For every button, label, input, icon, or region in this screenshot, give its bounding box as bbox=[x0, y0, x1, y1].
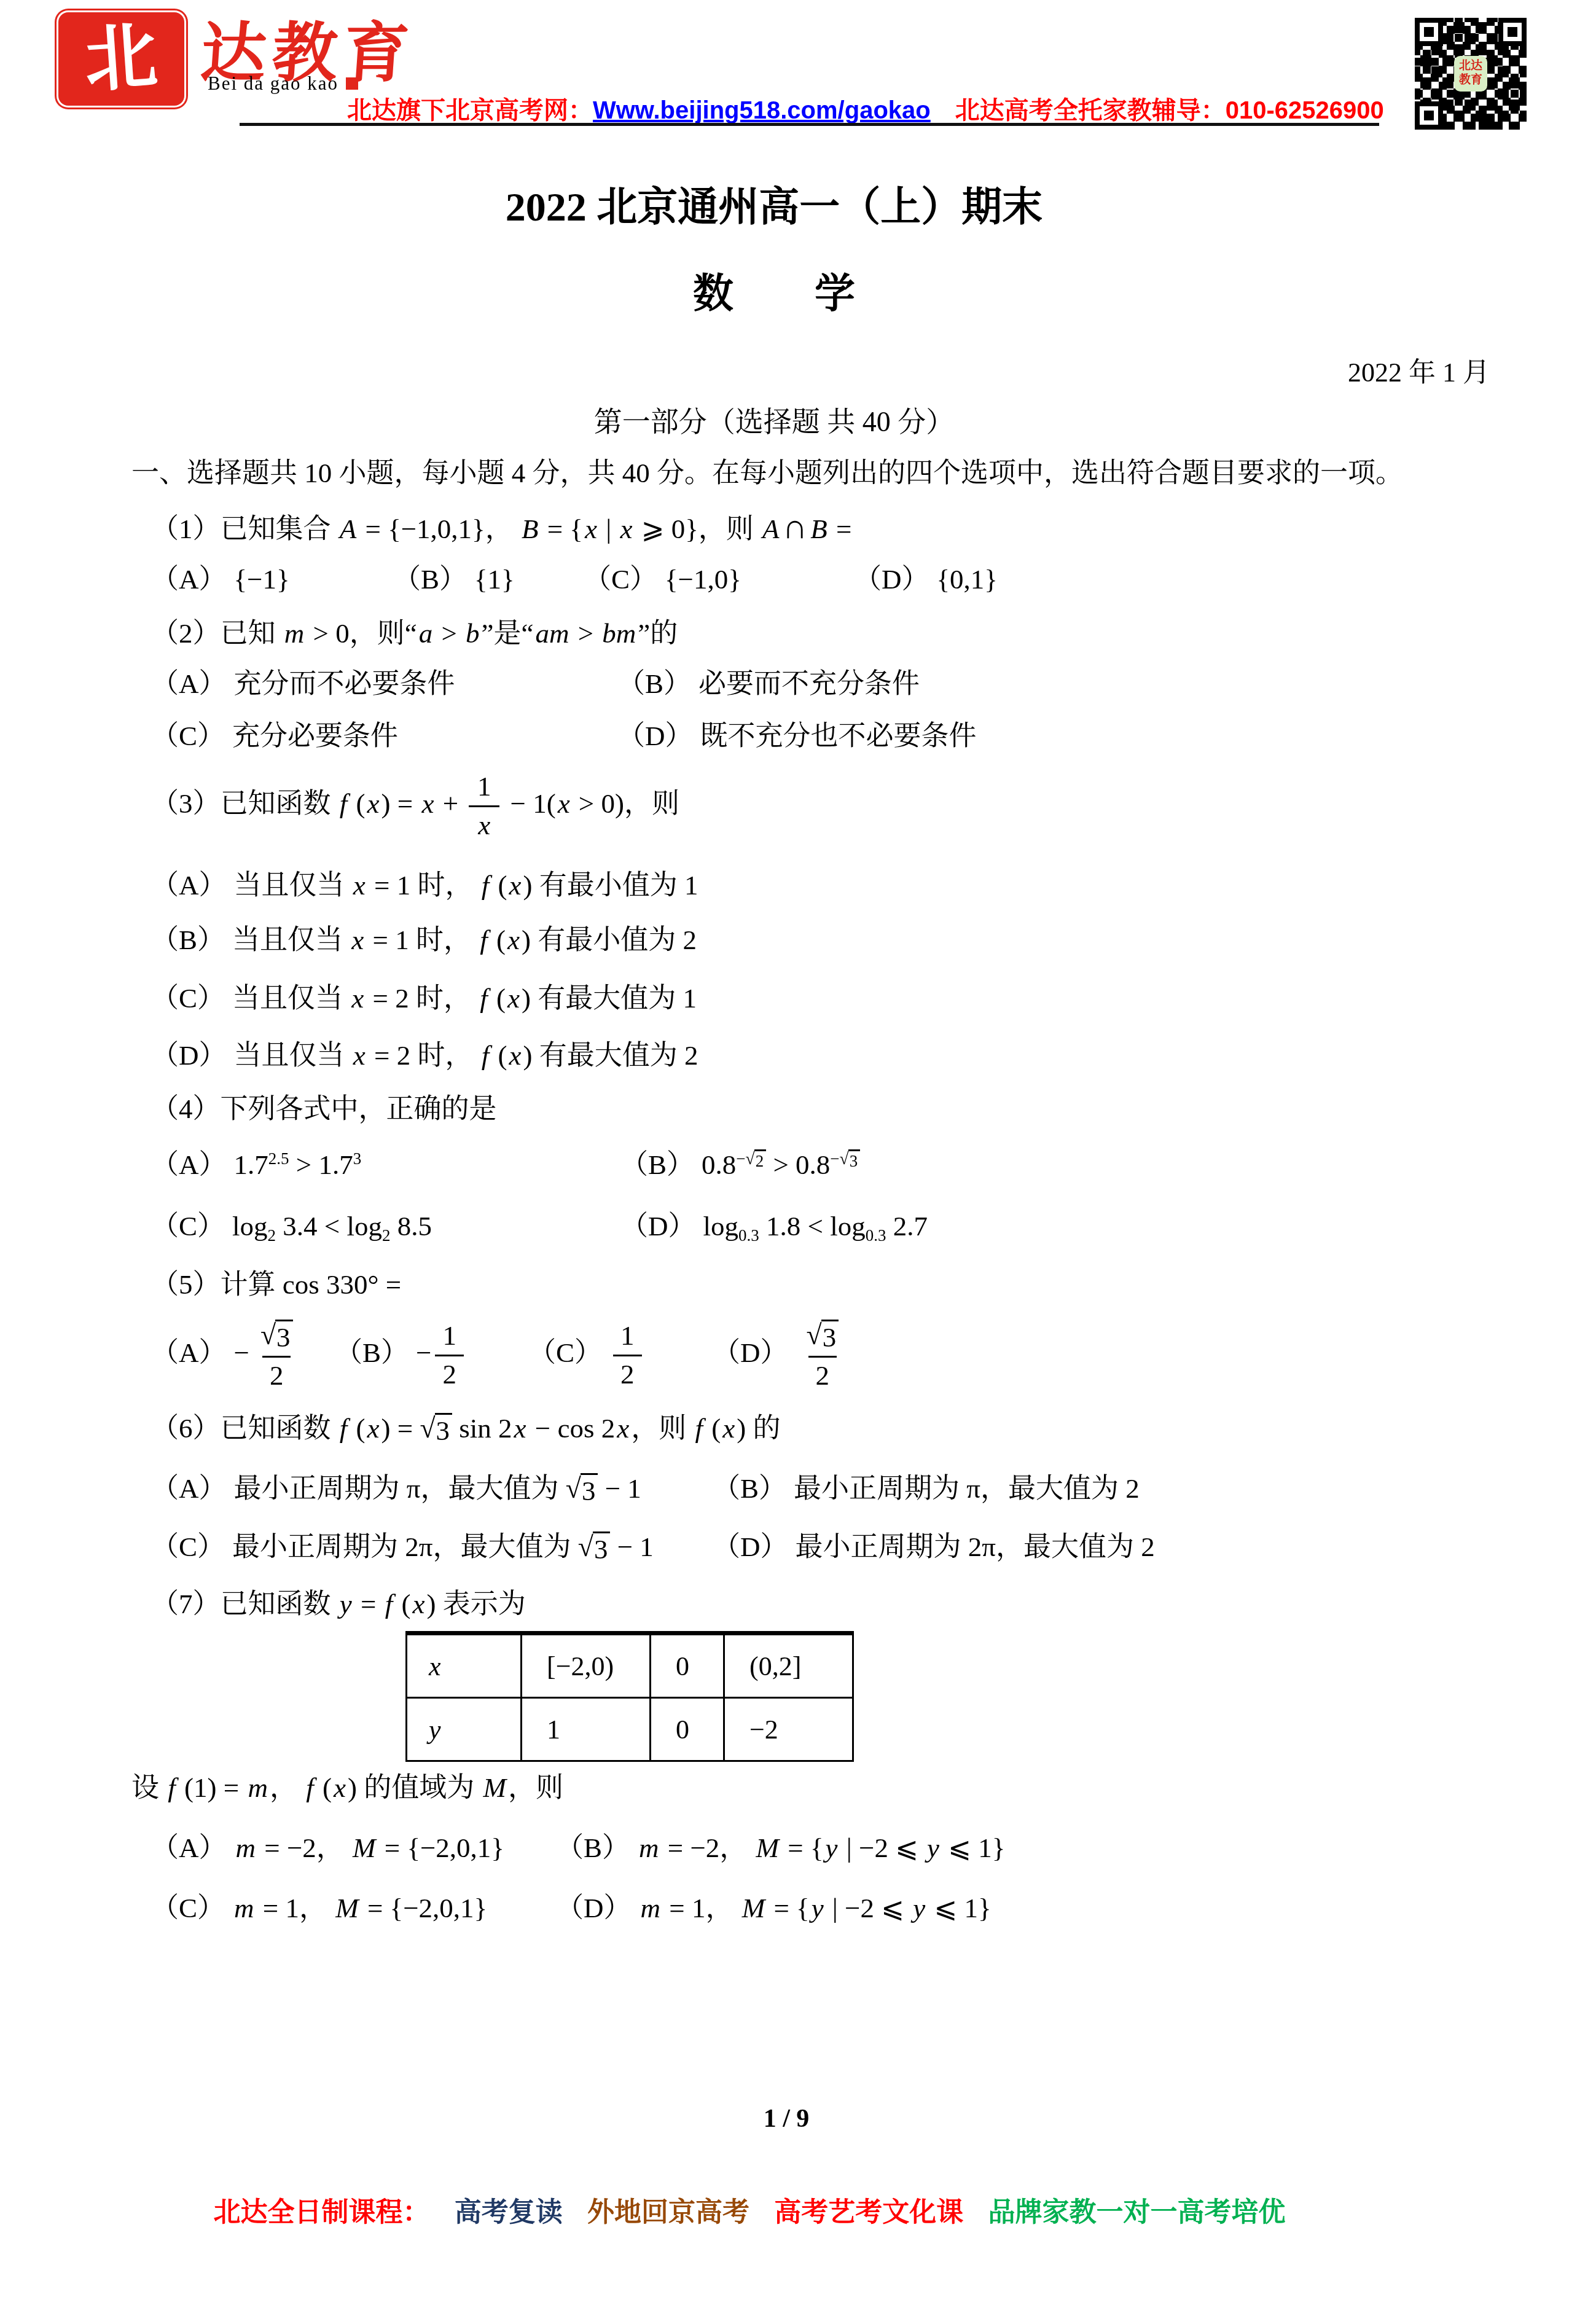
table-cell: −2 bbox=[723, 1699, 852, 1760]
q7-option-c: （C）m = 1， M = {−2,0,1} bbox=[151, 1891, 556, 1925]
option-label: （A） bbox=[151, 668, 227, 699]
header-rule bbox=[240, 123, 1379, 126]
option-content: m = 1， M = {y | −2 ⩽ y ⩽ 1} bbox=[639, 1893, 992, 1923]
question-5-stem: （5）计算 cos 330° = bbox=[151, 1267, 401, 1302]
question-4-options-row1: （A）1.72.5 > 1.73 （B）0.8−√2 > 0.8−√3 bbox=[151, 1148, 860, 1182]
promo-segment-courses: 北达全日制课程： bbox=[214, 2197, 430, 2228]
question-7-options-row1: （A）m = −2， M = {−2,0,1} （B）m = −2， M = {… bbox=[151, 1831, 1005, 1865]
option-content: 最小正周期为 2π，最大值为 2 bbox=[796, 1531, 1155, 1562]
qr-finder-topright-icon bbox=[1498, 18, 1527, 46]
option-label: （C） bbox=[151, 1211, 225, 1242]
q2-option-c: （C）充分必要条件 bbox=[151, 719, 617, 753]
option-content: 必要而不充分条件 bbox=[698, 668, 920, 699]
option-content: {−1} bbox=[234, 564, 290, 595]
question-4-options-row2: （C）log2 3.4 < log2 8.5 （D）log0.3 1.8 < l… bbox=[151, 1209, 928, 1243]
option-label: （A） bbox=[151, 1149, 227, 1180]
table-cell: (0,2] bbox=[723, 1635, 852, 1697]
option-label: （D） bbox=[854, 564, 929, 595]
qr-code: 北达 教育 bbox=[1412, 15, 1530, 133]
question-1-options: （A）{−1} （B）{1} （C）{−1,0} （D）{0,1} bbox=[151, 562, 998, 597]
option-label: （D） bbox=[151, 1040, 227, 1071]
qr-center-logo: 北达 教育 bbox=[1454, 56, 1487, 92]
table-cell: [−2,0) bbox=[520, 1635, 649, 1697]
q2-option-a: （A）充分而不必要条件 bbox=[151, 667, 617, 701]
info-suffix: 北达高考全托家教辅导：010-62526900 bbox=[931, 97, 1384, 124]
option-content: m = −2， M = {−2,0,1} bbox=[234, 1833, 504, 1863]
logo-pinyin: Bei da gao kao bbox=[208, 72, 338, 95]
q6-option-c: （C）最小正周期为 2π，最大值为 √3 − 1 bbox=[151, 1530, 713, 1565]
q1-option-c: （C）{−1,0} bbox=[584, 562, 854, 597]
q4-option-b: （B）0.8−√2 > 0.8−√3 bbox=[620, 1148, 860, 1182]
table-x-label: x bbox=[429, 1651, 441, 1682]
question-7-options-row2: （C）m = 1， M = {−2,0,1} （D）m = 1， M = {y … bbox=[151, 1891, 992, 1925]
option-label: （B） bbox=[620, 1149, 694, 1180]
option-content: 充分而不必要条件 bbox=[234, 668, 455, 699]
exam-paper-page: 北 达教育 Bei da gao kao 北达旗下北京高考网：Www.beiji… bbox=[0, 0, 1596, 2300]
promo-segment-yikao: 高考艺考文化课 bbox=[774, 2197, 963, 2228]
table-cell: x bbox=[407, 1635, 520, 1697]
page-number: 1 / 9 bbox=[0, 2104, 1573, 2134]
option-label: （D） bbox=[617, 721, 693, 751]
seal-character: 北 bbox=[83, 20, 160, 98]
question-1-stem: （1）已知集合 A = {−1,0,1}， B = {x | x ⩾ 0}，则 … bbox=[151, 510, 851, 546]
option-content: −12 bbox=[416, 1337, 467, 1368]
question-7-stem: （7）已知函数 y = f (x) 表示为 bbox=[151, 1587, 526, 1621]
question-6-options-row1: （A）最小正周期为 π，最大值为 √3 − 1 （B）最小正周期为 π，最大值为… bbox=[151, 1471, 1140, 1507]
q1-option-d: （D）{0,1} bbox=[854, 562, 998, 597]
subject-title: 数 学 bbox=[0, 260, 1548, 319]
q3-option-b: （B）当且仅当 x = 1 时， f (x) 有最小值为 2 bbox=[151, 923, 697, 957]
question-2-options-row1: （A）充分而不必要条件 （B）必要而不充分条件 bbox=[151, 667, 920, 701]
option-content: 既不充分也不必要条件 bbox=[700, 721, 977, 751]
option-content: 1.72.5 > 1.73 bbox=[234, 1149, 362, 1180]
qr-center-line1: 北达 bbox=[1459, 60, 1482, 74]
section-1-instructions: 一、选择题共 10 小题，每小题 4 分，共 40 分。在每小题列出的四个选项中… bbox=[131, 456, 1403, 490]
q3-option-c: （C）当且仅当 x = 2 时， f (x) 有最大值为 1 bbox=[151, 981, 697, 1015]
table-row-y: y 1 0 −2 bbox=[407, 1697, 852, 1760]
table-cell: 0 bbox=[649, 1635, 723, 1697]
option-label: （B） bbox=[151, 925, 225, 955]
option-content: 当且仅当 x = 1 时， f (x) 有最小值为 1 bbox=[234, 870, 698, 901]
q2-option-d: （D）既不充分也不必要条件 bbox=[617, 719, 977, 753]
q1-option-a: （A）{−1} bbox=[151, 562, 393, 597]
option-label: （A） bbox=[151, 564, 227, 595]
option-content: 当且仅当 x = 2 时， f (x) 有最大值为 1 bbox=[232, 983, 697, 1014]
option-content: {−1,0} bbox=[665, 564, 741, 595]
promo-segment-huijing: 外地回京高考 bbox=[587, 2197, 749, 2228]
info-prefix: 北达旗下北京高考网： bbox=[347, 97, 593, 124]
option-content: 当且仅当 x = 1 时， f (x) 有最小值为 2 bbox=[232, 925, 697, 955]
option-label: （A） bbox=[151, 1473, 227, 1504]
part-one-heading: 第一部分（选择题 共 40 分） bbox=[0, 399, 1548, 440]
question-2-options-row2: （C）充分必要条件 （D）既不充分也不必要条件 bbox=[151, 719, 977, 753]
option-content: 充分必要条件 bbox=[232, 721, 398, 751]
q7-option-d: （D）m = 1， M = {y | −2 ⩽ y ⩽ 1} bbox=[556, 1891, 992, 1925]
option-content: √32 bbox=[796, 1337, 850, 1368]
option-label: （B） bbox=[617, 668, 691, 699]
qr-finder-topleft-icon bbox=[1415, 18, 1443, 46]
q6-option-d: （D）最小正周期为 2π，最大值为 2 bbox=[713, 1530, 1155, 1564]
q2-option-b: （B）必要而不充分条件 bbox=[617, 667, 920, 701]
question-3-stem: （3）已知函数 f (x) = x + 1x − 1(x > 0)，则 bbox=[151, 771, 679, 842]
logo-pinyin-row: Bei da gao kao bbox=[208, 72, 358, 95]
option-label: （C） bbox=[151, 721, 225, 751]
beida-seal-icon: 北 bbox=[58, 12, 184, 106]
q4-option-c: （C）log2 3.4 < log2 8.5 bbox=[151, 1209, 620, 1243]
q3-option-d: （D）当且仅当 x = 2 时， f (x) 有最大值为 2 bbox=[151, 1038, 698, 1073]
option-label: （C） bbox=[151, 983, 225, 1014]
option-label: （A） bbox=[151, 1337, 227, 1368]
option-label: （D） bbox=[713, 1337, 788, 1368]
option-label: （C） bbox=[151, 1531, 225, 1562]
option-content: {1} bbox=[474, 564, 515, 595]
q7-function-table: x [−2,0) 0 (0,2] y 1 0 −2 bbox=[405, 1631, 854, 1762]
question-6-stem: （6）已知函数 f (x) = √3 sin 2x − cos 2x，则 f (… bbox=[151, 1411, 780, 1447]
exam-title: 2022 北京通州高一（上）期末 bbox=[0, 174, 1548, 232]
promo-segment-fudu: 高考复读 bbox=[455, 2197, 563, 2228]
header-info-line: 北达旗下北京高考网：Www.beijing518.com/gaokao 北达高考… bbox=[347, 91, 1384, 126]
option-label: （D） bbox=[556, 1893, 632, 1923]
exam-date: 2022 年 1 月 bbox=[1348, 350, 1490, 389]
option-label: （B） bbox=[393, 564, 467, 595]
option-label: （C） bbox=[151, 1893, 225, 1923]
red-square-icon bbox=[346, 77, 358, 90]
table-row-x: x [−2,0) 0 (0,2] bbox=[407, 1635, 852, 1697]
question-7-continuation: 设 f (1) = m， f (x) 的值域为 M，则 bbox=[131, 1770, 563, 1805]
option-content: −√32 bbox=[234, 1337, 304, 1368]
table-y-label: y bbox=[429, 1714, 441, 1745]
table-cell: 1 bbox=[520, 1699, 649, 1760]
option-content: 当且仅当 x = 2 时， f (x) 有最大值为 2 bbox=[234, 1040, 698, 1071]
option-content: {0,1} bbox=[937, 564, 998, 595]
question-6-options-row2: （C）最小正周期为 2π，最大值为 √3 − 1 （D）最小正周期为 2π，最大… bbox=[151, 1530, 1155, 1565]
qr-center-line2: 教育 bbox=[1459, 74, 1482, 88]
option-label: （B） bbox=[335, 1337, 409, 1368]
option-content: log0.3 1.8 < log0.3 2.7 bbox=[703, 1211, 928, 1242]
q4-option-d: （D）log0.3 1.8 < log0.3 2.7 bbox=[620, 1209, 928, 1243]
option-content: 0.8−√2 > 0.8−√3 bbox=[702, 1149, 860, 1180]
q5-option-c: （C）12 bbox=[528, 1320, 713, 1391]
option-label: （B） bbox=[556, 1833, 630, 1863]
q1-option-b: （B）{1} bbox=[393, 562, 584, 597]
table-cell: y bbox=[407, 1699, 520, 1760]
option-label: （C） bbox=[528, 1337, 602, 1368]
q5-option-d: （D）√32 bbox=[713, 1320, 850, 1391]
q5-option-b: （B）−12 bbox=[335, 1320, 528, 1391]
table-cell: 0 bbox=[649, 1699, 723, 1760]
question-2-stem: （2）已知 m > 0，则“a > b”是“am > bm”的 bbox=[151, 616, 678, 651]
option-content: log2 3.4 < log2 8.5 bbox=[232, 1211, 432, 1242]
option-label: （D） bbox=[620, 1211, 696, 1242]
option-label: （A） bbox=[151, 870, 227, 901]
promo-segment-jiajiao: 品牌家教一对一高考培优 bbox=[988, 2197, 1285, 2228]
q3-option-a: （A）当且仅当 x = 1 时， f (x) 有最小值为 1 bbox=[151, 868, 698, 902]
q6-option-a: （A）最小正周期为 π，最大值为 √3 − 1 bbox=[151, 1471, 713, 1507]
option-label: （B） bbox=[713, 1473, 786, 1504]
option-content: 最小正周期为 π，最大值为 √3 − 1 bbox=[234, 1473, 641, 1504]
q7-option-b: （B）m = −2， M = {y | −2 ⩽ y ⩽ 1} bbox=[556, 1831, 1005, 1865]
option-content: m = 1， M = {−2,0,1} bbox=[232, 1893, 487, 1923]
q6-option-b: （B）最小正周期为 π，最大值为 2 bbox=[713, 1471, 1140, 1506]
q7-option-a: （A）m = −2， M = {−2,0,1} bbox=[151, 1831, 556, 1865]
qr-finder-bottomleft-icon bbox=[1415, 101, 1443, 130]
option-label: （D） bbox=[713, 1531, 788, 1562]
option-content: 最小正周期为 2π，最大值为 √3 − 1 bbox=[232, 1531, 654, 1562]
footer-promo-line: 北达全日制课程： 高考复读 外地回京高考 高考艺考文化课 品牌家教一对一高考培优 bbox=[0, 2190, 1499, 2229]
option-content: m = −2， M = {y | −2 ⩽ y ⩽ 1} bbox=[637, 1833, 1005, 1863]
gaokao-link[interactable]: Www.beijing518.com/gaokao bbox=[593, 97, 931, 124]
q5-option-a: （A）−√32 bbox=[151, 1320, 335, 1391]
option-content: 最小正周期为 π，最大值为 2 bbox=[794, 1473, 1140, 1504]
option-content: 12 bbox=[609, 1337, 646, 1368]
option-label: （C） bbox=[584, 564, 657, 595]
question-5-options: （A）−√32 （B）−12 （C）12 （D）√32 bbox=[151, 1320, 850, 1391]
question-4-stem: （4）下列各式中，正确的是 bbox=[151, 1092, 497, 1126]
q4-option-a: （A）1.72.5 > 1.73 bbox=[151, 1148, 620, 1182]
option-label: （A） bbox=[151, 1833, 227, 1863]
